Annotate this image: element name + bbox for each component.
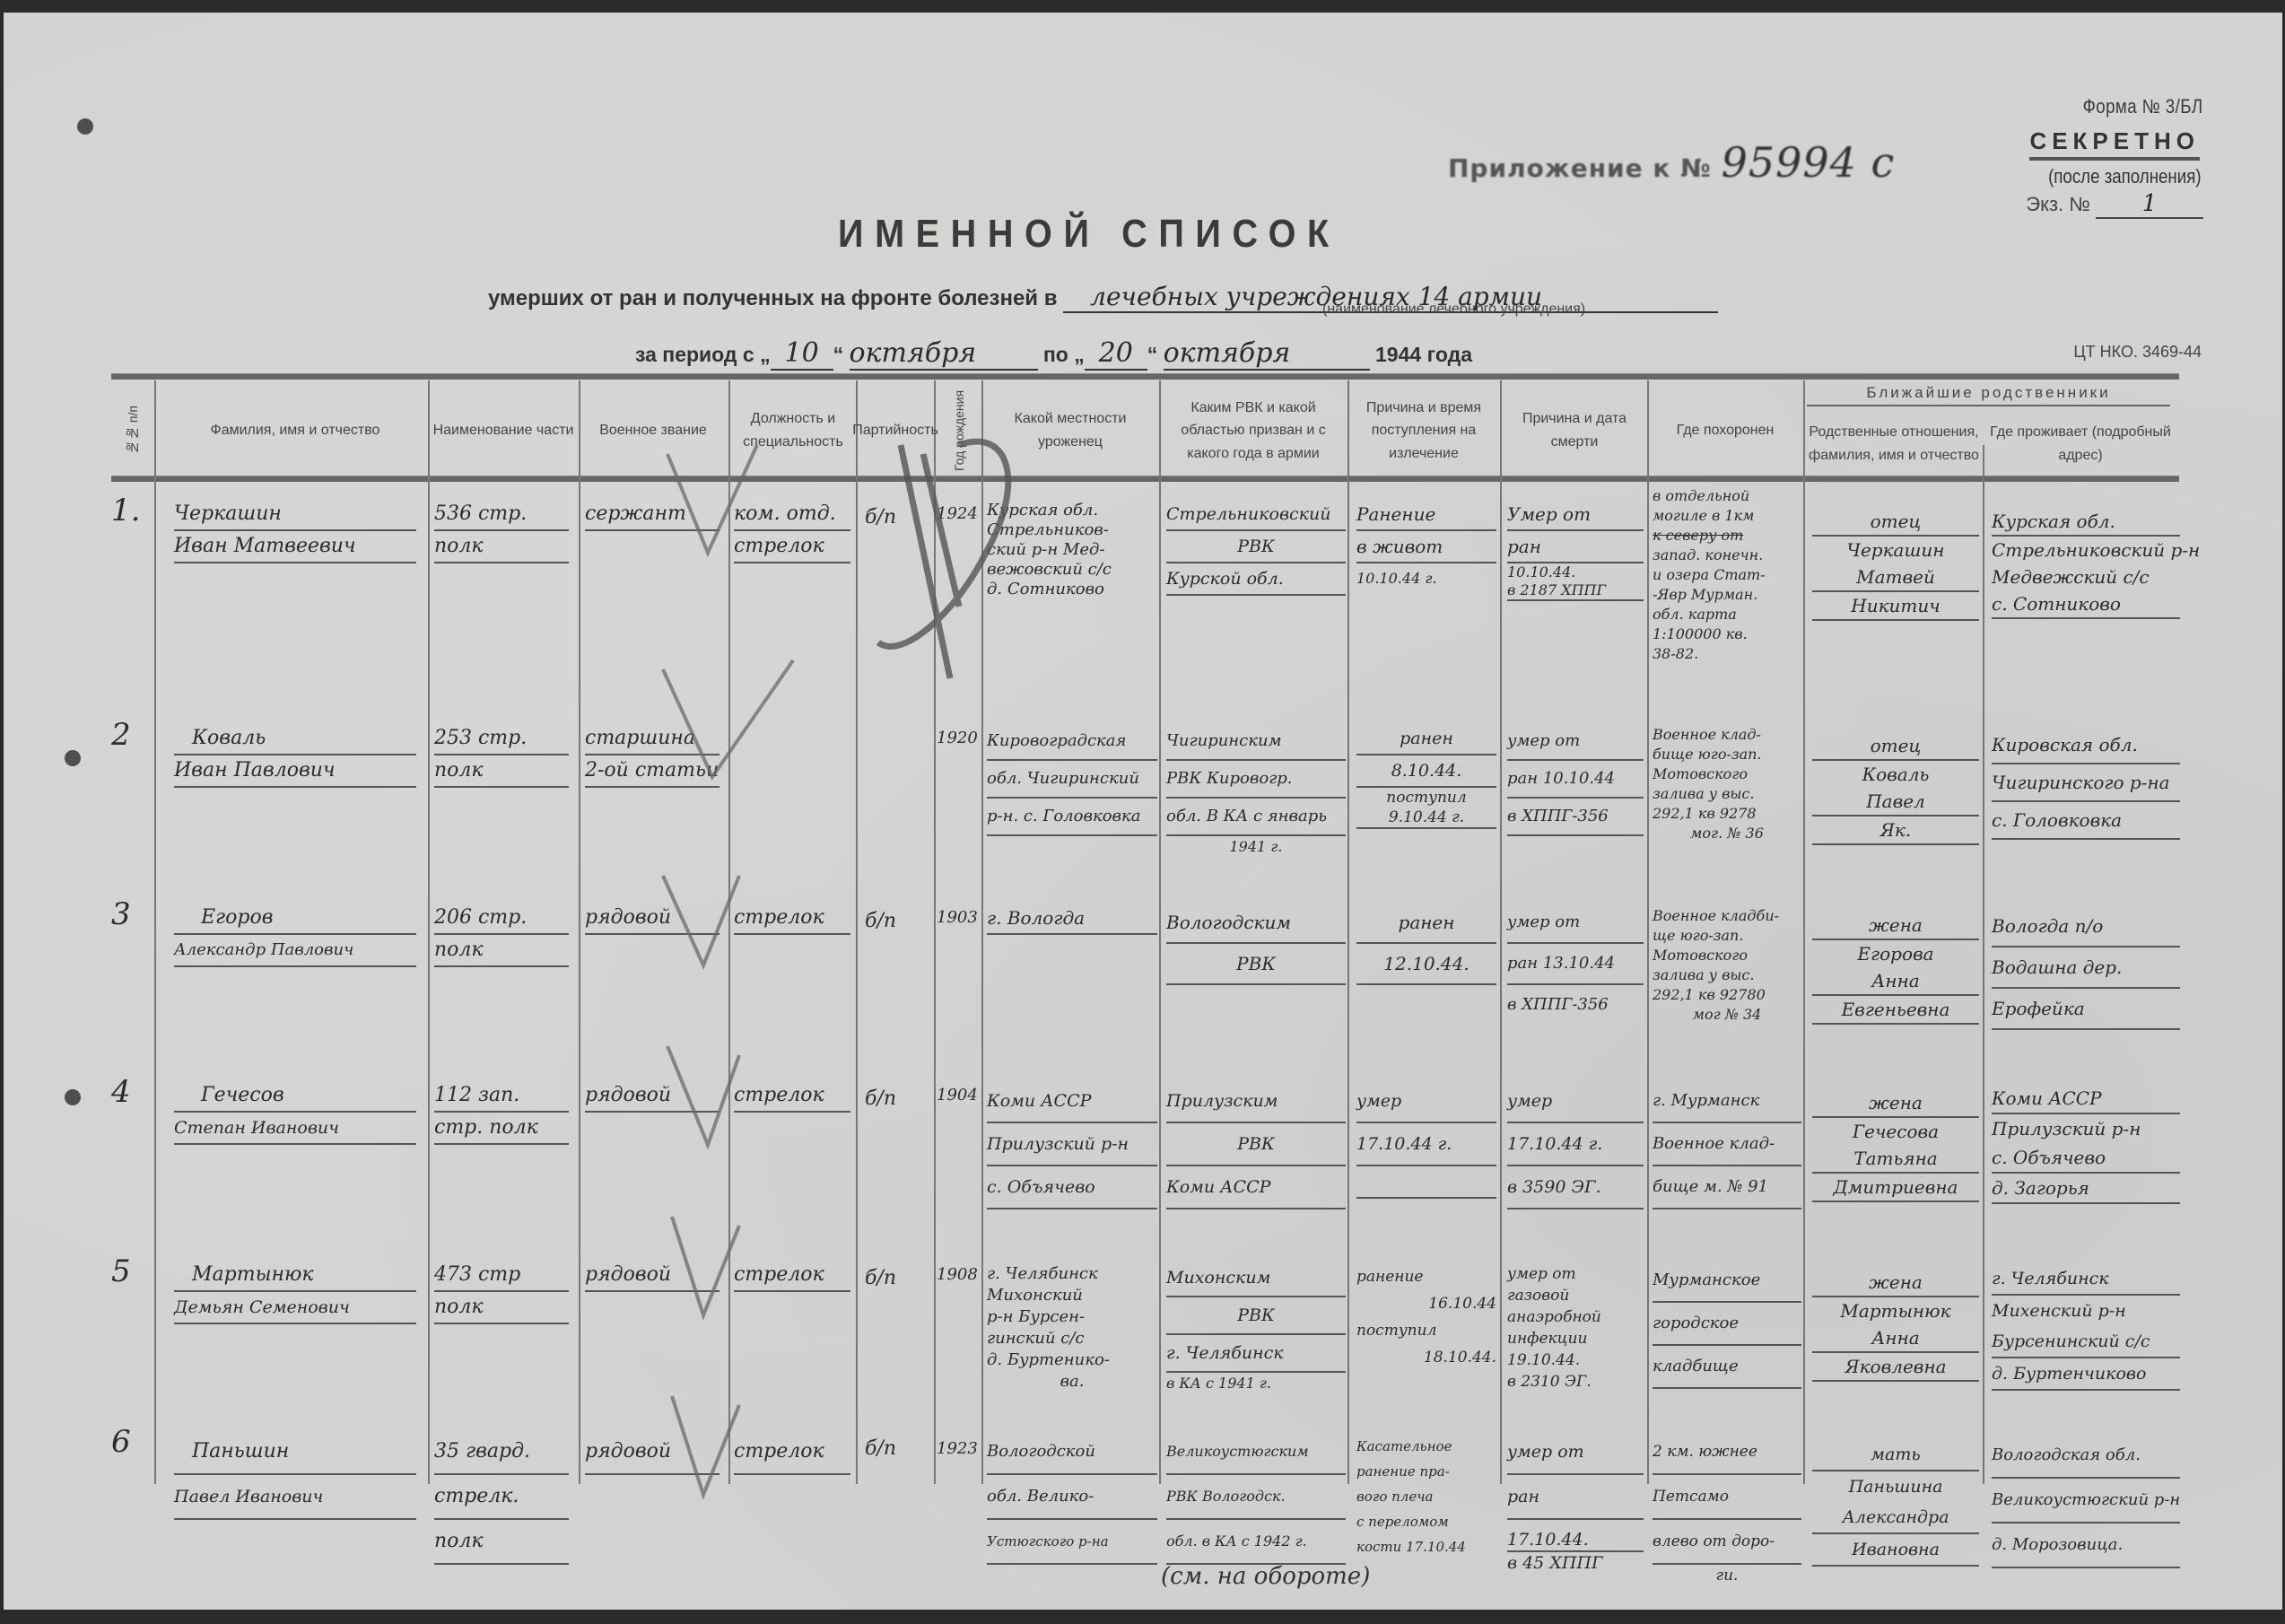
header-rank: Военное звание [590, 386, 716, 476]
col-divider [154, 380, 156, 1484]
col-divider [1803, 380, 1805, 1484]
birth-year-cell: 1908 [937, 1260, 981, 1290]
period-line: за период с „10“ октября по „20“ октября… [635, 337, 1472, 371]
birth-year-cell: 1923 [937, 1434, 981, 1464]
row-number: 5 [111, 1256, 154, 1287]
rvk-cell: Великоустюгским РВК Вологодск. обл. в КА… [1166, 1430, 1346, 1565]
birth-year-cell: 1903 [937, 903, 981, 933]
period-prefix: за период с „ [635, 343, 771, 366]
rank-cell: сержант [585, 499, 720, 531]
punch-hole [77, 118, 93, 135]
header-position: Должность и специальность [732, 386, 854, 476]
burial-cell: Военное клад- бище юго-зап. Мотовского з… [1653, 725, 1801, 843]
party-cell: б/п [865, 1263, 928, 1294]
rank-cell: рядовой [585, 1430, 720, 1475]
party-cell: б/п [865, 502, 928, 533]
name-cell: Егоров Александр Павлович [174, 903, 416, 967]
header-death: Причина и дата смерти [1504, 386, 1645, 476]
unit-cell: 253 стр. полк [434, 723, 569, 788]
burial-cell: 2 км. южнее Петсамо влево от доро- ги. [1653, 1430, 1801, 1586]
birth-year-cell: 1920 [937, 723, 981, 754]
rank-cell: рядовой [585, 1260, 720, 1292]
death-cell: умер от ран 17.10.44. в 45 ХППГ [1507, 1430, 1644, 1574]
burial-cell: Военное кладби- ще юго-зап. Мотовского з… [1653, 906, 1801, 1025]
burial-cell: Мурманское городское кладбище [1653, 1260, 1801, 1389]
address-cell: Курская обл. Стрельниковский р-н Медвежс… [1992, 508, 2180, 619]
party-cell: б/п [865, 1434, 928, 1464]
col-divider [1159, 380, 1161, 1484]
name-cell: Гечесов Степан Иванович [174, 1080, 416, 1145]
rvk-cell: Прилузским РВК Коми АССР [1166, 1080, 1346, 1209]
subtitle-prefix: умерших от ран и полученных на фронте бо… [488, 286, 1057, 310]
stamp-number: 95994 с [1722, 138, 1896, 187]
col-divider [1983, 445, 1984, 1484]
col-divider [428, 380, 430, 1484]
relative-cell: мать Паньшина Александра Ивановна [1812, 1439, 1979, 1567]
stamp-text: Приложение к № [1448, 153, 1712, 183]
punch-hole [65, 750, 81, 766]
col-divider [981, 380, 983, 1484]
header-party: Партийность [859, 386, 932, 476]
col-divider [856, 380, 858, 1484]
position-cell: стрелок [734, 1080, 850, 1113]
burial-cell: в отдельной могиле в 1км к северу от зап… [1653, 486, 1801, 664]
period-to-month: октября [1164, 337, 1370, 371]
admission-cell: Касательное ранение пра- вого плеча с пе… [1356, 1434, 1496, 1559]
burial-cell: г. Мурманск Военное клад- бище м. № 91 [1653, 1080, 1801, 1209]
col-divider [934, 380, 936, 1484]
rvk-cell: Чигиринским РВК Кировогр. обл. В КА с ян… [1166, 723, 1346, 858]
address-cell: Вологда п/о Водашна дер. Ерофейка [1992, 906, 2180, 1030]
row-number: 1. [111, 495, 154, 526]
row-number: 4 [111, 1077, 154, 1107]
position-cell: стрелок [734, 1260, 850, 1292]
col-divider [1647, 380, 1649, 1484]
unit-cell: 35 гвард. стрелк. полк [434, 1430, 569, 1565]
table-top-rule [111, 373, 2179, 380]
rvk-cell: Михонским РВК г. Челябинск в КА с 1941 г… [1166, 1260, 1346, 1394]
row-number: 3 [111, 899, 154, 930]
position-cell: ком. отд. стрелок [734, 499, 850, 563]
admission-cell: умер 17.10.44 г. [1356, 1080, 1496, 1199]
party-cell: б/п [865, 906, 928, 937]
rvk-cell: Стрельниковский РВК Курской обл. [1166, 499, 1346, 596]
name-cell: Коваль Иван Павлович [174, 723, 416, 788]
relative-cell: отец Коваль Павел Як. [1812, 732, 1979, 845]
header-burial: Где похоронен [1651, 386, 1800, 476]
header-name: Фамилия, имя и отчество [174, 386, 416, 476]
row-number: 2 [111, 720, 154, 750]
header-birthplace: Какой местности уроженец [984, 386, 1156, 476]
birthplace-cell: Вологодской обл. Велико- Устюгского р-на [987, 1430, 1157, 1565]
birthplace-cell: г. Челябинск Михонский р-н Бурсен- гинск… [987, 1263, 1157, 1393]
page-title: ИМЕННОЙ СПИСОК [838, 212, 1340, 257]
relative-cell: жена Егорова Анна Евгеньевна [1812, 912, 1979, 1025]
birthplace-cell: Курская обл. Стрельников- ский р-н Мед- … [987, 501, 1157, 599]
period-mid: по „ [1043, 343, 1085, 366]
copy-value: 1 [2096, 190, 2203, 219]
unit-cell: 536 стр. полк [434, 499, 569, 563]
header-admission: Причина и время поступления на излечение [1351, 386, 1496, 476]
admission-cell: ранение 16.10.44 поступил 18.10.44. [1356, 1263, 1496, 1371]
header-rvk: Каким РВК и какой областью призван и с к… [1163, 386, 1344, 476]
death-cell: умер от ран 10.10.44 в ХППГ-356 [1507, 723, 1644, 836]
birthplace-cell: г. Вологда [987, 903, 1157, 935]
attachment-stamp: Приложение к № 95994 с [1448, 138, 1895, 187]
form-number: Форма № 3/БЛ [2083, 95, 2203, 118]
birthplace-cell: Кировоградская обл. Чигиринский р-н. с. … [987, 723, 1157, 836]
row-number: 6 [111, 1427, 154, 1457]
birth-year-cell: 1904 [937, 1080, 981, 1111]
death-cell: умер от газовой анаэробной инфекции 19.1… [1507, 1263, 1644, 1393]
address-cell: Коми АССР Прилузский р-н с. Объячево д. … [1992, 1084, 2180, 1204]
unit-cell: 473 стр полк [434, 1260, 569, 1324]
admission-cell: Ранение в живот 10.10.44 г. [1356, 499, 1496, 594]
col-divider [728, 380, 730, 1484]
address-cell: Кировская обл. Чигиринского р-на с. Голо… [1992, 727, 2180, 840]
header-address: Где проживает (подробный адрес) [1986, 404, 2175, 485]
reverse-side-note: (см. на обороте) [1161, 1563, 1370, 1590]
rvk-cell: Вологодским РВК [1166, 903, 1346, 985]
register-table: №№ п/п Фамилия, имя и отчество Наименова… [111, 373, 2179, 1540]
punch-hole [65, 1089, 81, 1105]
period-from-day: 10 [771, 337, 833, 371]
institution-caption: (наименование лечебного учреждения) [1322, 301, 1585, 318]
admission-cell: ранен 12.10.44. [1356, 903, 1496, 985]
document-page: Форма № 3/БЛ СЕКРЕТНО (после заполнения)… [4, 13, 2282, 1610]
death-cell: умер 17.10.44 г. в 3590 ЭГ. [1507, 1080, 1644, 1209]
death-cell: умер от ран 13.10.44 в ХППГ-356 [1507, 903, 1644, 1025]
position-cell: стрелок [734, 1430, 850, 1475]
relative-cell: жена Мартынюк Анна Яковлевна [1812, 1269, 1979, 1382]
print-code: ЦТ НКО. 3469-44 [2073, 343, 2202, 362]
period-from-month: октября [850, 337, 1038, 371]
relative-cell: отец Черкашин Матвей Никитич [1812, 508, 1979, 621]
birthplace-cell: Коми АССР Прилузский р-н с. Объячево [987, 1080, 1157, 1209]
name-cell: Мартынюк Демьян Семенович [174, 1260, 416, 1324]
position-cell: стрелок [734, 903, 850, 935]
party-cell: б/п [865, 1084, 928, 1114]
copy-number: Экз. № 1 [2026, 190, 2203, 219]
col-divider [1500, 380, 1502, 1484]
admission-cell: ранен 8.10.44. поступил 9.10.44 г. [1356, 723, 1496, 829]
relative-cell: жена Гечесова Татьяна Дмитриевна [1812, 1089, 1979, 1202]
unit-cell: 206 стр. полк [434, 903, 569, 967]
rank-cell: рядовой [585, 903, 720, 935]
col-divider [1347, 380, 1349, 1484]
copy-label: Экз. № [2026, 193, 2090, 215]
unit-cell: 112 зап. стр. полк [434, 1080, 569, 1145]
header-relative: Родственные отношения, фамилия, имя и от… [1807, 404, 1981, 485]
header-birth-year: Год рождения [938, 386, 980, 476]
rank-cell: старшина 2-ой статьи [585, 723, 720, 788]
death-cell: Умер от ран 10.10.44. в 2187 ХППГ [1507, 499, 1644, 601]
classification-note: (после заполнения) [2049, 165, 2202, 188]
address-cell: г. Челябинск Михенский р-н Бурсенинский … [1992, 1263, 2180, 1391]
period-year: 1944 года [1375, 343, 1472, 366]
classification-label: СЕКРЕТНО [2029, 127, 2200, 161]
name-cell: Паньшин Павел Иванович [174, 1430, 416, 1520]
rank-cell: рядовой [585, 1080, 720, 1113]
header-unit: Наименование части [431, 386, 576, 476]
birth-year-cell: 1924 [937, 499, 981, 529]
header-number: №№ п/п [113, 386, 153, 476]
address-cell: Вологодская обл. Великоустюгский р-н д. … [1992, 1434, 2180, 1568]
name-cell: Черкашин Иван Матвеевич [174, 499, 416, 563]
col-divider [579, 380, 580, 1484]
period-to-day: 20 [1085, 337, 1147, 371]
